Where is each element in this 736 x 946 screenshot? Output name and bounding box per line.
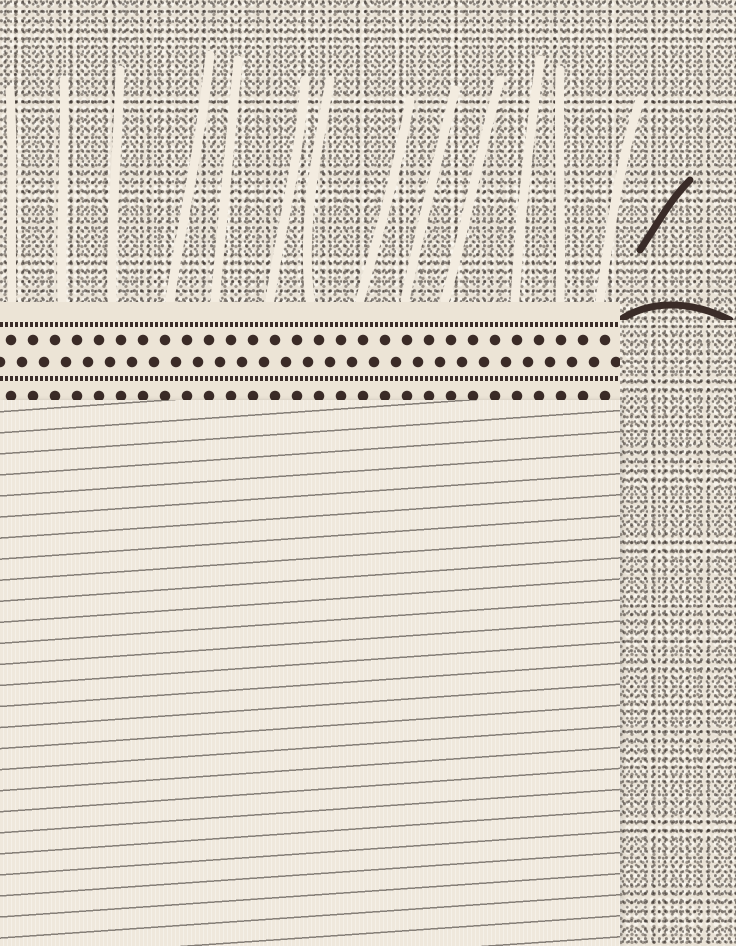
- knotted-dot-row: [0, 356, 620, 368]
- braided-fringe: [0, 0, 736, 320]
- decorative-border-band: [0, 302, 620, 412]
- border-stripe: [0, 376, 620, 381]
- flatweave-panel: [0, 400, 620, 946]
- rug-photo: [0, 0, 736, 946]
- knotted-dot-row: [0, 334, 620, 346]
- border-stripe: [0, 322, 620, 327]
